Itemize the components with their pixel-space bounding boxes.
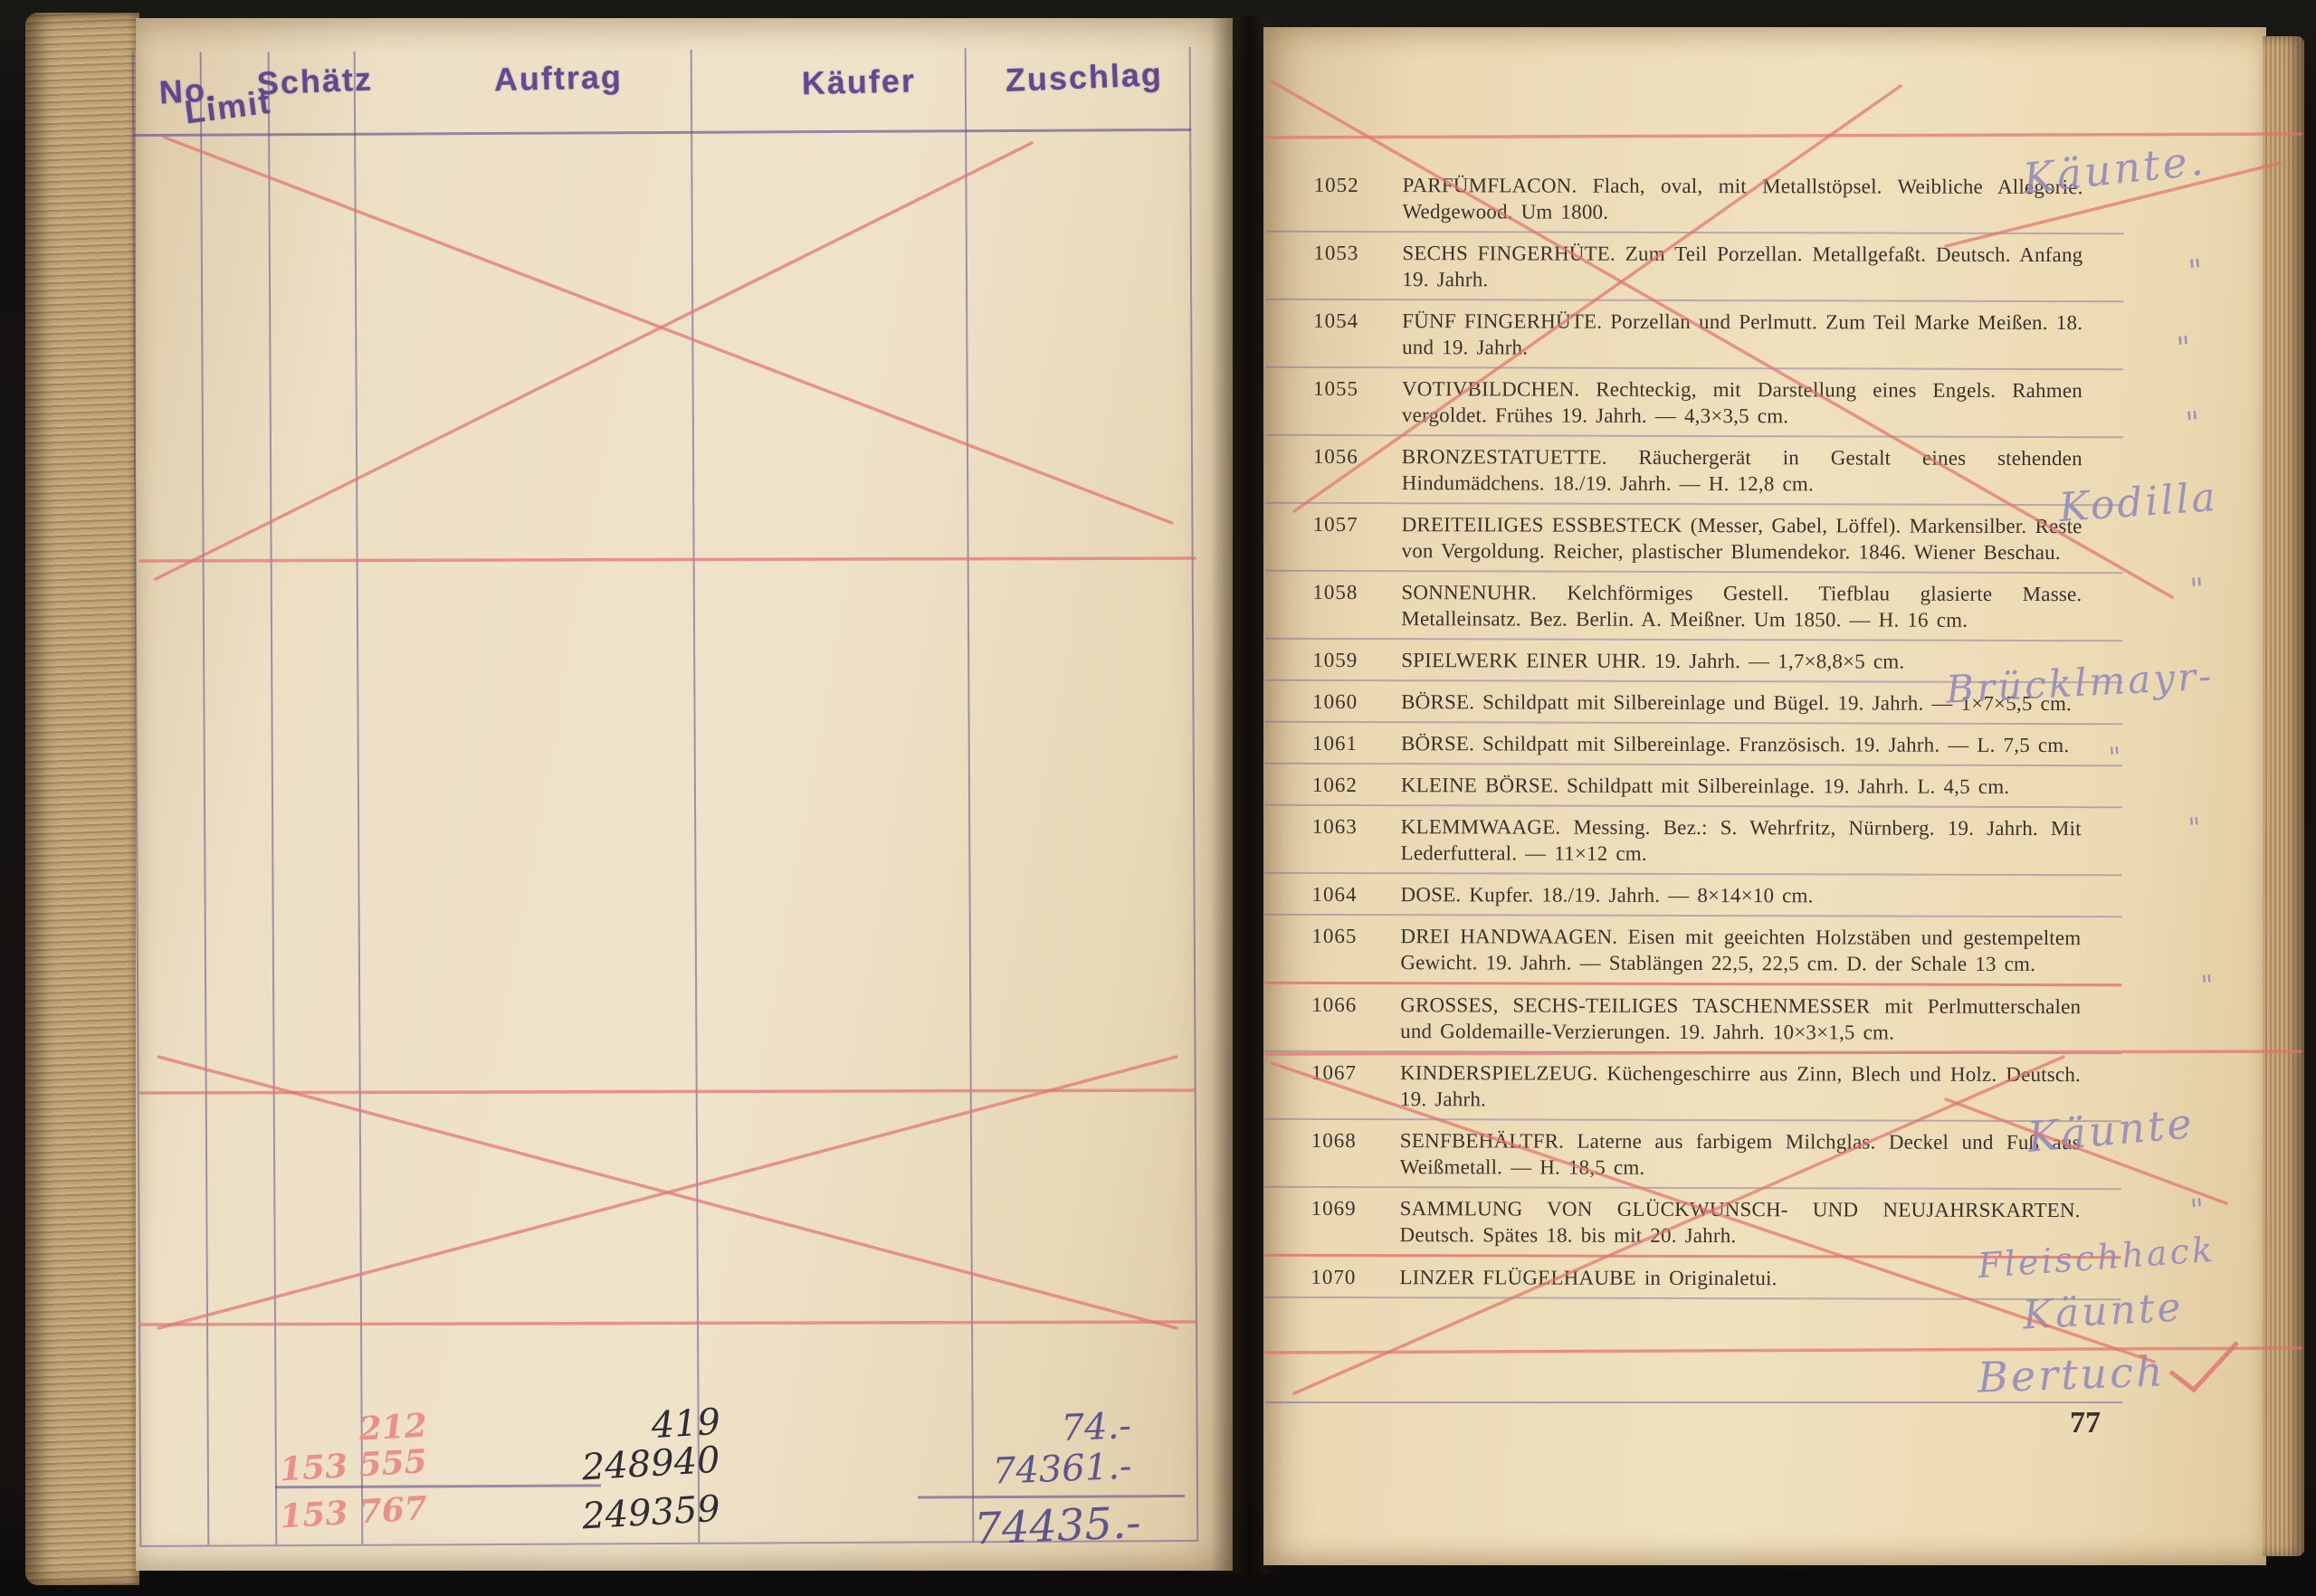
catalog-entry-number: 1058: [1312, 579, 1358, 605]
catalog-entry: 1065DREI HANDWAAGEN. Eisen mit geeichten…: [1264, 916, 2121, 986]
catalog-entry-text: BÖRSE. Schildpatt mit Silbereinlage. Fra…: [1401, 732, 2069, 756]
column-header-zuschlag: Zuschlag: [1005, 55, 1164, 100]
margin-annotation: Käunte: [2022, 1284, 2185, 1338]
catalog-entry: 1068SENFBEHÄLTFR. Laterne aus farbigem M…: [1264, 1120, 2121, 1190]
margin-annotation: ": [2187, 252, 2206, 290]
right-page-fore-edge: [2263, 36, 2304, 1556]
catalog-entry: 1053SECHS FINGERHÜTE. Zum Teil Porzellan…: [1266, 233, 2123, 302]
margin-annotation: ": [2108, 741, 2126, 774]
catalog-entry-text: DREITEILIGES ESSBESTECK (Messer, Gabel, …: [1401, 513, 2082, 564]
catalog-entry-number: 1063: [1312, 813, 1358, 840]
catalog-entry: 1064DOSE. Kupfer. 18./19. Jahrh. — 8×14×…: [1264, 874, 2121, 917]
table-rule-vertical: [354, 52, 364, 1544]
catalog-entry: 1055VOTIVBILDCHEN. Rechteckig, mit Darst…: [1266, 368, 2123, 438]
catalog-entry: 1057DREITEILIGES ESSBESTECK (Messer, Gab…: [1265, 504, 2122, 574]
catalog-entry: 1058SONNENUHR. Kelchförmiges Gestell. Ti…: [1265, 572, 2122, 641]
hammer-grand-total: 74435.-: [973, 1497, 1141, 1554]
limit-total: 153 555: [279, 1442, 428, 1488]
column-header-schaetz: Schätz: [256, 60, 374, 102]
table-rule-vertical: [268, 52, 278, 1544]
catalog-entry-number: 1052: [1314, 172, 1359, 198]
catalog-entry-text: GROSSES, SECHS-TEILIGES TASCHENMESSER mi…: [1400, 993, 2081, 1043]
catalog-entry-number: 1069: [1311, 1195, 1357, 1221]
catalog-entry-number: 1066: [1311, 992, 1357, 1018]
catalog-entry-text: SENFBEHÄLTFR. Laterne aus farbigem Milch…: [1400, 1129, 2081, 1179]
margin-annotation: ": [2184, 404, 2204, 442]
estimate-total: 248940: [581, 1439, 721, 1489]
catalog-entry: 1067KINDERSPIELZEUG. Küchengeschirre aus…: [1264, 1052, 2121, 1122]
sum-rule: [918, 1495, 1185, 1499]
catalog-entry: 1054FÜNF FINGERHÜTE. Porzellan und Perlm…: [1266, 300, 2123, 370]
catalog-entries: 1052PARFÜMFLACON. Flach, oval, mit Metal…: [1263, 165, 2123, 1300]
catalog-entry-text: PARFÜMFLACON. Flach, oval, mit Metallstö…: [1402, 174, 2082, 223]
margin-annotation: ": [2187, 812, 2206, 844]
catalog-entry-number: 1062: [1312, 772, 1358, 798]
table-rule-vertical: [691, 50, 701, 1543]
catalog-entry-text: FÜNF FINGERHÜTE. Porzellan und Perlmutt.…: [1402, 309, 2082, 358]
catalog-entry-number: 1070: [1310, 1264, 1356, 1290]
estimate-grand-total: 249359: [581, 1488, 721, 1538]
catalog-entry-number: 1065: [1311, 923, 1357, 949]
hammer-subtotal: 74.-: [1061, 1405, 1132, 1449]
catalog-entry-text: KLEMMWAAGE. Messing. Bez.: S. Wehrfritz,…: [1401, 815, 2082, 865]
catalog-entry-text: DREI HANDWAAGEN. Eisen mit geeichten Hol…: [1400, 925, 2081, 975]
page-number: 77: [2070, 1406, 2101, 1440]
catalog-entry-number: 1059: [1312, 647, 1358, 673]
catalog-entry-text: VOTIVBILDCHEN. Rechteckig, mit Darstellu…: [1402, 377, 2082, 427]
margin-annotation: ": [2200, 969, 2218, 1002]
catalog-entry-number: 1055: [1313, 375, 1358, 402]
table-rule-vertical: [200, 52, 210, 1545]
catalog-entry-text: KINDERSPIELZEUG. Küchengeschirre aus Zin…: [1400, 1061, 2081, 1110]
catalog-entry-text: KLEINE BÖRSE. Schildpatt mit Silbereinla…: [1401, 774, 2009, 798]
bottom-rule: [1265, 1401, 2122, 1403]
catalog-entry: 1056BRONZESTATUETTE. Räuchergerät in Ges…: [1266, 436, 2123, 506]
book-spread: No. Limit Schätz Auftrag Käufer Zuschlag…: [0, 0, 2316, 1596]
catalog-entry-number: 1061: [1312, 730, 1358, 756]
catalog-entry-text: SAMMLUNG VON GLÜCKWUNSCH- UND NEUJAHRSKA…: [1400, 1197, 2081, 1247]
sum-rule: [275, 1484, 601, 1488]
catalog-entry-text: LINZER FLÜGELHAUBE in Originaletui.: [1399, 1266, 1777, 1289]
ledger-table: No. Limit Schätz Auftrag Käufer Zuschlag…: [132, 47, 1199, 1547]
catalog-entry-number: 1056: [1313, 443, 1358, 470]
table-rule-vertical: [965, 48, 975, 1541]
catalog-entry-text: BRONZESTATUETTE. Räuchergerät in Gestalt…: [1402, 445, 2082, 495]
catalog-entry-text: SECHS FINGERHÜTE. Zum Teil Porzellan. Me…: [1402, 242, 2082, 290]
limit-grand-total: 153 767: [279, 1489, 428, 1535]
margin-annotation: ": [2188, 1192, 2208, 1229]
catalog-entry-number: 1060: [1312, 689, 1358, 715]
ledger-header-row: No. Limit Schätz Auftrag Käufer Zuschlag: [132, 47, 1191, 137]
catalog-entry-number: 1053: [1313, 240, 1358, 266]
catalog-entry-number: 1067: [1311, 1059, 1357, 1086]
column-header-kaeufer: Käufer: [801, 62, 916, 102]
margin-annotation: Bertuch: [1977, 1346, 2166, 1401]
margin-annotation: ": [2188, 571, 2208, 608]
catalog-entry: 1052PARFÜMFLACON. Flach, oval, mit Metal…: [1266, 165, 2123, 234]
catalog-entry-text: SONNENUHR. Kelchförmiges Gestell. Tiefbl…: [1401, 581, 2082, 632]
catalog-entry-number: 1068: [1311, 1127, 1357, 1154]
catalog-entry-text: DOSE. Kupfer. 18./19. Jahrh. — 8×14×10 c…: [1400, 883, 1813, 907]
catalog-entry: 1061BÖRSE. Schildpatt mit Silbereinlage.…: [1265, 723, 2122, 766]
catalog-entry: 1063KLEMMWAAGE. Messing. Bez.: S. Wehrfr…: [1265, 806, 2122, 876]
catalog-entry: 1062KLEINE BÖRSE. Schildpatt mit Silbere…: [1265, 765, 2122, 808]
catalog-entry-number: 1064: [1311, 881, 1357, 907]
left-page-edge-stack: [25, 13, 139, 1585]
catalog-entry-text: SPIELWERK EINER UHR. 19. Jahrh. — 1,7×8,…: [1401, 649, 1904, 672]
catalog-entry: 1066GROSSES, SECHS-TEILIGES TASCHENMESSE…: [1264, 984, 2121, 1054]
hammer-total: 74361.-: [992, 1446, 1132, 1493]
catalog-entry-number: 1057: [1313, 511, 1358, 537]
catalog-entry-number: 1054: [1313, 308, 1358, 334]
margin-annotation: ": [2175, 329, 2195, 366]
column-header-auftrag: Auftrag: [493, 58, 623, 99]
